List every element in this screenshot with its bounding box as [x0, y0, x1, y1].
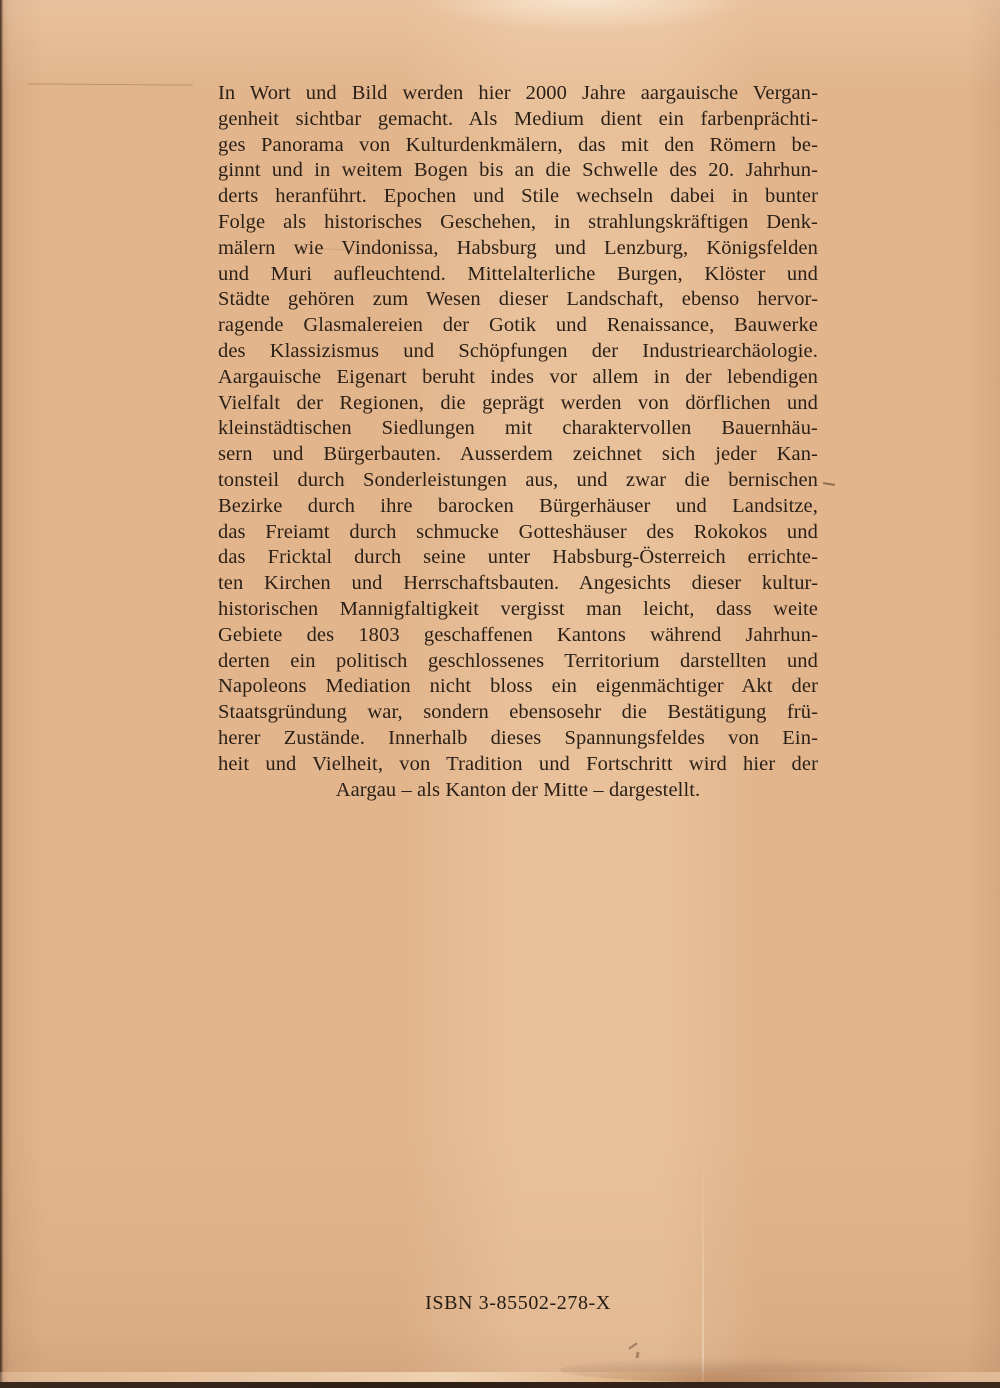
- bottom-fold-highlight: [0, 1372, 1000, 1382]
- blurb-line: ragende Glasmalereien der Gotik und Rena…: [218, 313, 818, 339]
- cover-bottom-edge: [0, 1382, 1000, 1388]
- blurb-line: Staatsgründung war, sondern ebensosehr d…: [218, 700, 818, 726]
- blurb-line: historischen Mannigfaltigkeit vergisst m…: [218, 597, 818, 623]
- blurb-line: und Muri aufleuchtend. Mittelalterliche …: [218, 262, 818, 288]
- book-back-cover: In Wort und Bild werden hier 2000 Jahre …: [0, 0, 1000, 1388]
- blurb-line: In Wort und Bild werden hier 2000 Jahre …: [218, 81, 818, 107]
- blurb-line: Städte gehören zum Wesen dieser Landscha…: [218, 287, 818, 313]
- blurb-text-block: In Wort und Bild werden hier 2000 Jahre …: [218, 81, 818, 803]
- paper-scratch: [823, 482, 835, 486]
- paper-scratch: [28, 83, 193, 85]
- blurb-line: tonsteil durch Sonderleistungen aus, und…: [218, 468, 818, 494]
- blurb-line: Gebiete des 1803 geschaffenen Kantons wä…: [218, 623, 818, 649]
- blurb-line: sern und Bürgerbauten. Ausserdem zeichne…: [218, 442, 818, 468]
- blurb-line: ten Kirchen und Herrschaftsbauten. Anges…: [218, 571, 818, 597]
- isbn-text: ISBN 3-85502-278-X: [218, 1292, 818, 1315]
- paper-scratch: [628, 1342, 637, 1349]
- blurb-line: genheit sichtbar gemacht. Als Medium die…: [218, 107, 818, 133]
- paper-scratch: [636, 1352, 640, 1358]
- blurb-line: ginnt und in weitem Bogen bis an die Sch…: [218, 158, 818, 184]
- blurb-line: derts heranführt. Epochen und Stile wech…: [218, 184, 818, 210]
- blurb-line: das Fricktal durch seine unter Habsburg-…: [218, 545, 818, 571]
- blurb-line: des Klassizismus und Schöpfungen der Ind…: [218, 339, 818, 365]
- fold-crease-line: [702, 1150, 704, 1388]
- blurb-line: Aargauische Eigenart beruht indes vor al…: [218, 365, 818, 391]
- blurb-line: kleinstädtischen Siedlungen mit charakte…: [218, 416, 818, 442]
- blurb-line: Napoleons Mediation nicht bloss ein eige…: [218, 674, 818, 700]
- blurb-line: herer Zustände. Innerhalb dieses Spannun…: [218, 726, 818, 752]
- cover-left-edge: [0, 0, 3, 1388]
- blurb-line: mälern wie Vindonissa, Habsburg und Lenz…: [218, 236, 818, 262]
- blurb-line: derten ein politisch geschlossenes Terri…: [218, 649, 818, 675]
- blurb-line: Vielfalt der Regionen, die geprägt werde…: [218, 391, 818, 417]
- blurb-line: heit und Vielheit, von Tradition und For…: [218, 752, 818, 778]
- blurb-lines: In Wort und Bild werden hier 2000 Jahre …: [218, 81, 818, 778]
- blurb-line: Bezirke durch ihre barocken Bürgerhäuser…: [218, 494, 818, 520]
- blurb-line: Folge als historisches Geschehen, in str…: [218, 210, 818, 236]
- blurb-line: das Freiamt durch schmucke Gotteshäuser …: [218, 520, 818, 546]
- blurb-line: ges Panorama von Kulturdenkmälern, das m…: [218, 133, 818, 159]
- blurb-last-line: Aargau – als Kanton der Mitte – dargeste…: [218, 778, 818, 804]
